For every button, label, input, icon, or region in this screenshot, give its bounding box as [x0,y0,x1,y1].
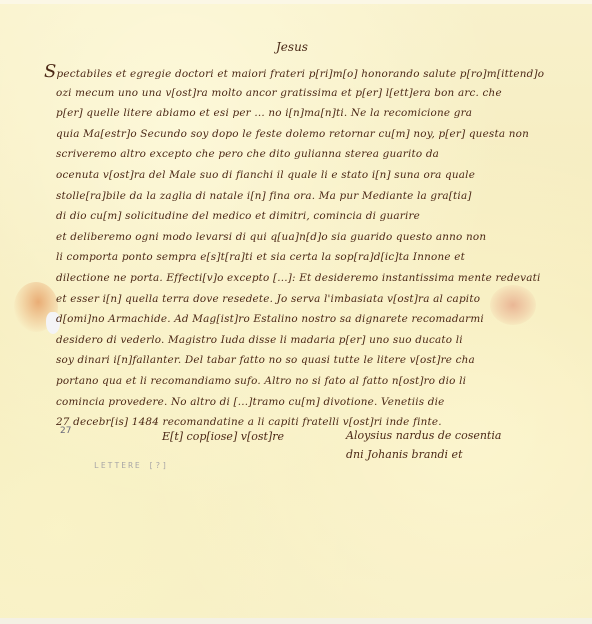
body-line: comincia provedere. No altro di [...]tra… [44,392,574,413]
body-line: p[er] quelle litere abiamo et esi per ..… [44,103,574,124]
body-line: desidero di vederlo. Magistro Iuda disse… [44,330,574,351]
invocation-heading: Jesus [276,40,308,54]
top-edge [0,0,592,4]
folio-number: 27 [60,426,71,436]
closing-formula: E[t] cop[iose] v[ost]re [162,430,284,443]
bottom-edge [0,618,592,624]
body-line: ozi mecum uno una v[ost]ra molto ancor g… [44,83,574,104]
body-line: Spectabiles et egregie doctori et maiori… [44,62,574,83]
body-line: dilectione ne porta. Effecti[v]o excepto… [44,268,574,289]
body-line: scriveremo altro excepto che pero che di… [44,144,574,165]
archive-stamp: LETTERE [?] [94,461,169,470]
body-line: et esser i[n] quella terra dove resedete… [44,289,574,310]
body-line: portano qua et li recomandiamo sufo. Alt… [44,371,574,392]
signature-line-2: dni Johanis brandi et [346,445,501,464]
body-line: d[omi]no Armachide. Ad Mag[ist]ro Estali… [44,309,574,330]
body-line: quia Ma[estr]o Secundo soy dopo le feste… [44,124,574,145]
body-line: soy dinari i[n]fallanter. Del tabar fatt… [44,350,574,371]
body-line: di dio cu[m] solicitudine del medico et … [44,206,574,227]
body-line: et deliberemo ogni modo levarsi di qui q… [44,227,574,248]
signature-line-1: Aloysius nardus de cosentia [346,426,501,445]
body-line: ocenuta v[ost]ra del Male suo di fianchi… [44,165,574,186]
signature-block: Aloysius nardus de cosentia dni Johanis … [346,426,501,464]
manuscript-page: Jesus Spectabiles et egregie doctori et … [0,0,592,624]
body-line: li comporta ponto sempra e[s]t[ra]ti et … [44,247,574,268]
body-line: stolle[ra]bile da la zaglia di natale i[… [44,186,574,207]
letter-body: Spectabiles et egregie doctori et maiori… [44,62,574,433]
